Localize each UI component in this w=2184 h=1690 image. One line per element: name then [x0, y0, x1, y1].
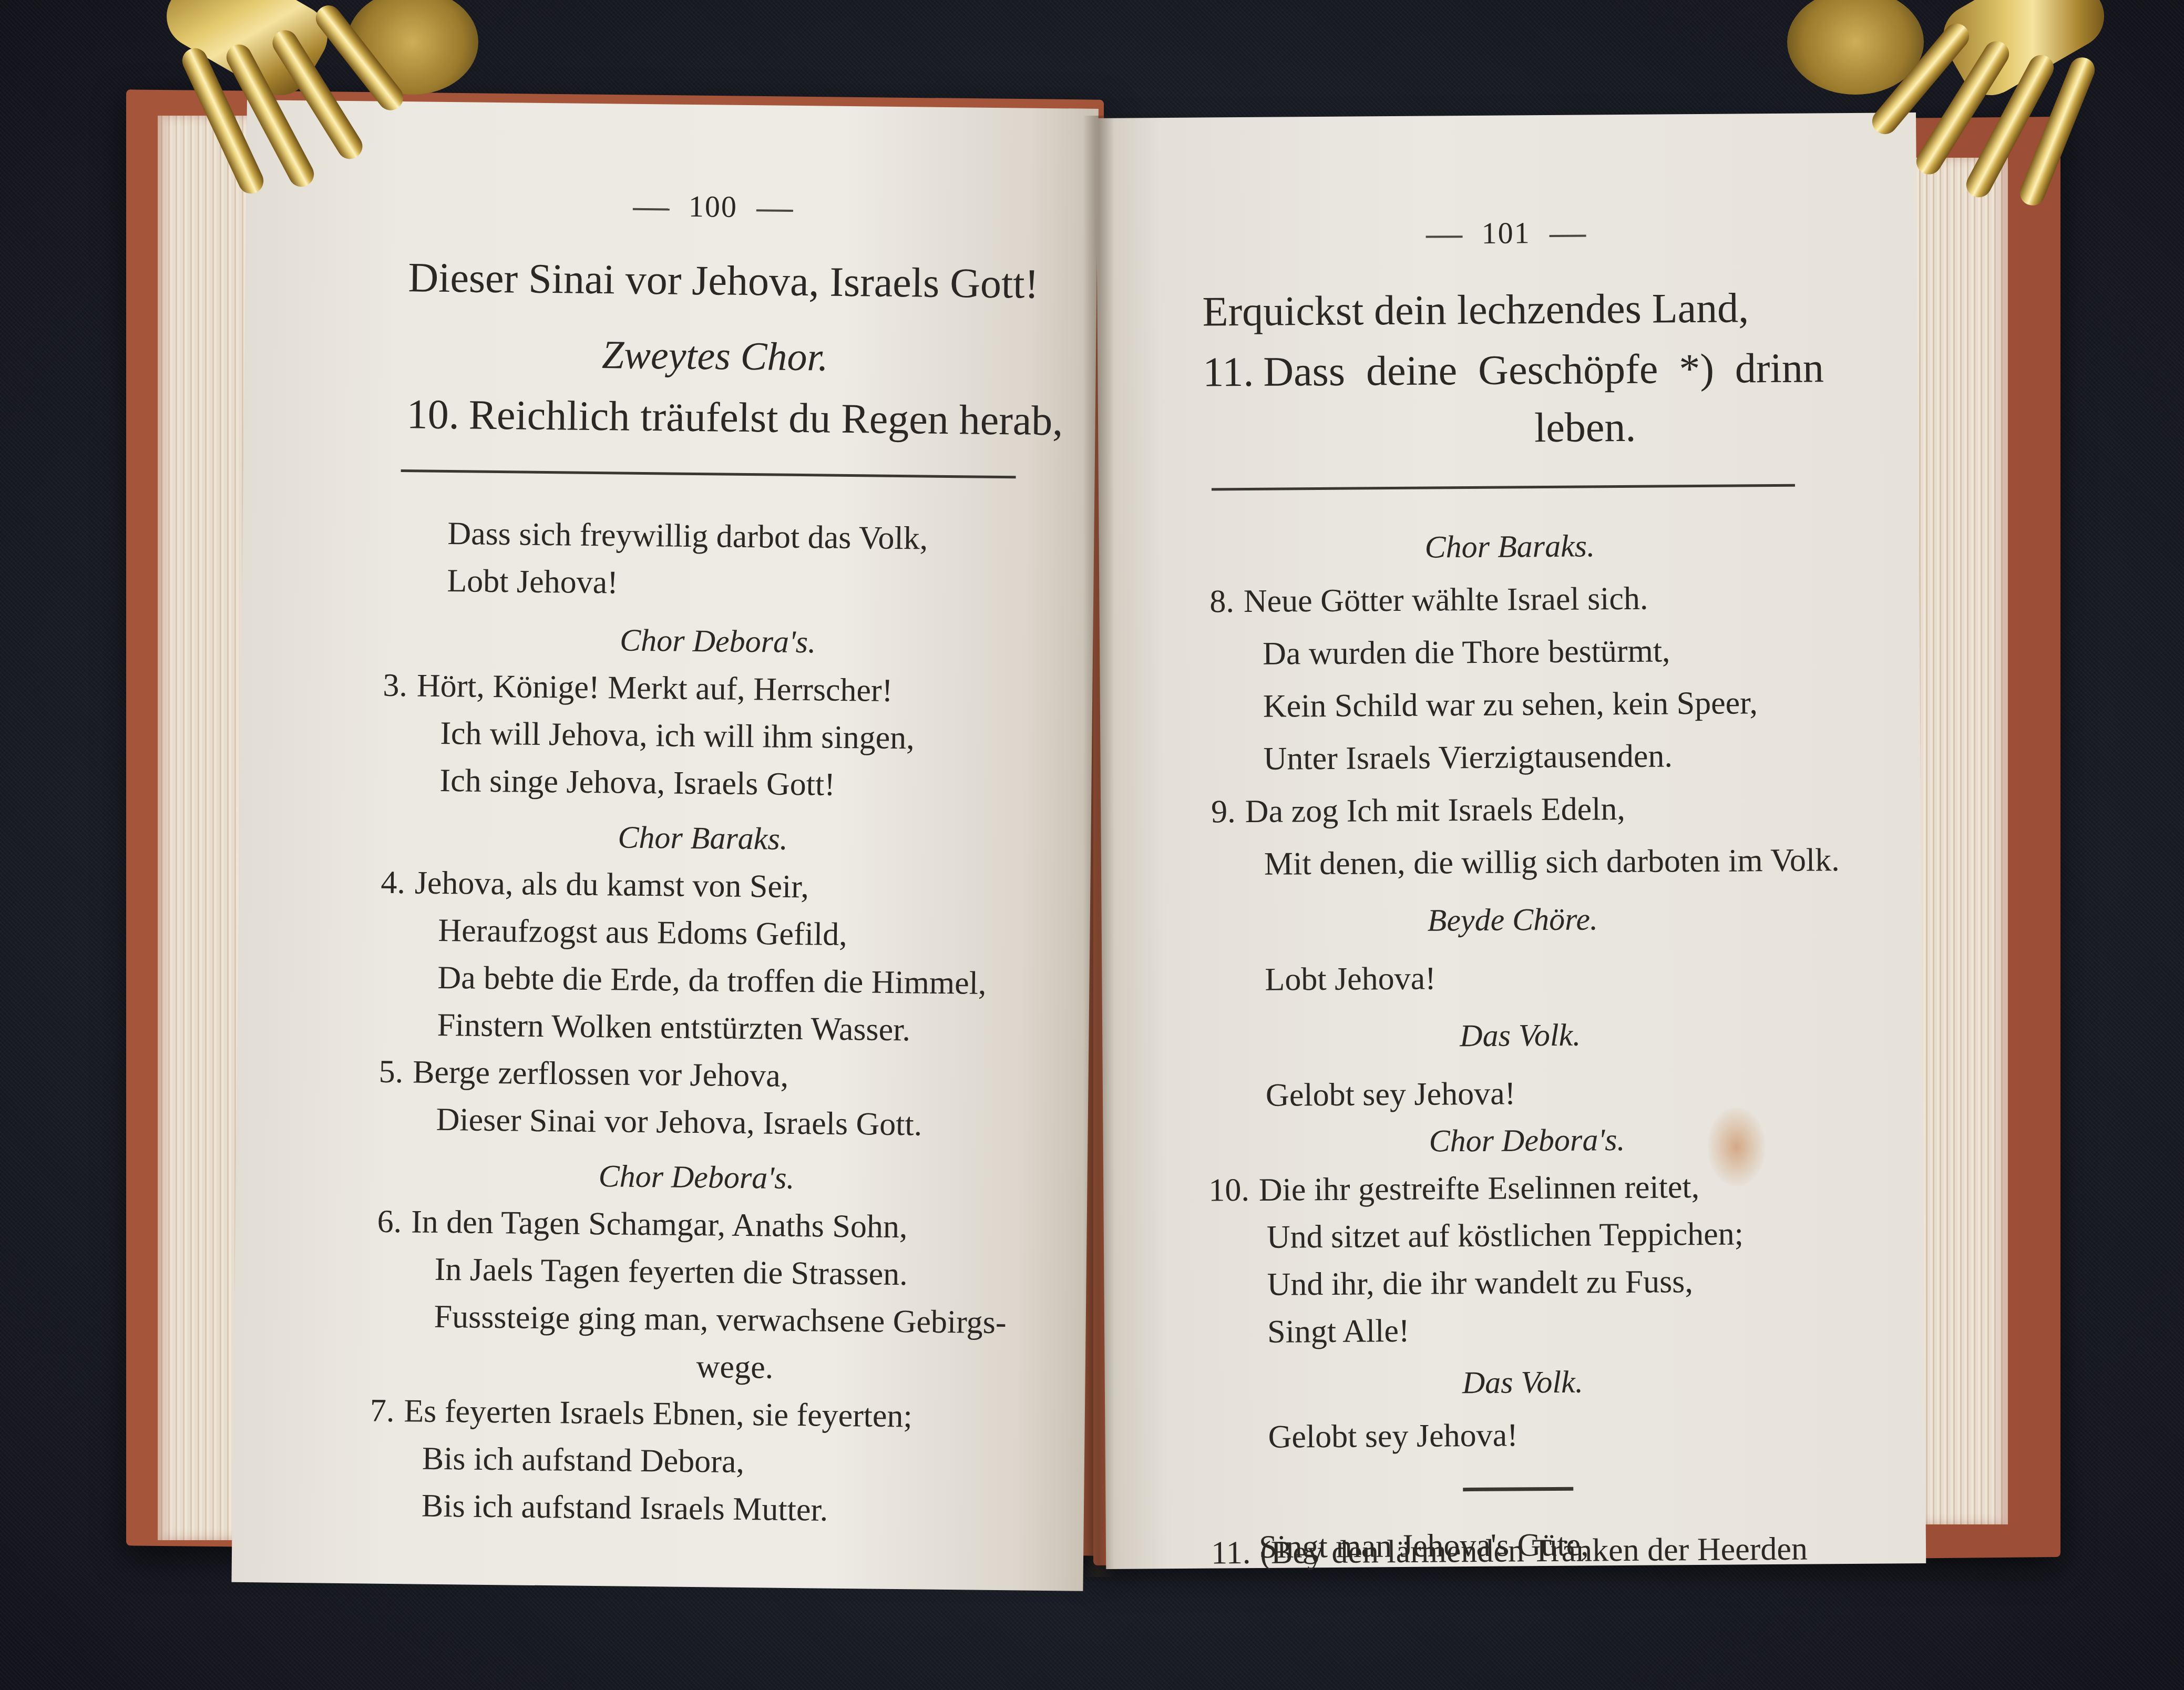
verse-text: Berge zerflossen vor Jehova, [413, 1054, 789, 1093]
brass-hand-clip-left-icon [147, 0, 515, 200]
verse-line: Bis ich aufstand Debora, [422, 1442, 745, 1478]
verse-line: In Jaels Tagen feyerten die Strassen. [434, 1253, 908, 1290]
section-rule [1212, 484, 1795, 491]
verse-line: Finstern Wolken entstürzten Wasser. [437, 1009, 910, 1046]
verse-number: 4. [381, 866, 405, 899]
folio-text: 101 [1481, 216, 1530, 250]
verse-line: 10.Reichlich träufelst du Regen herab, [406, 393, 1063, 442]
verse-number: 10. [1208, 1174, 1249, 1207]
verse-line: Kein Schild war zu sehen, kein Speer, [1263, 687, 1758, 723]
folio-text: 100 [689, 189, 738, 224]
verse-line: Singt man Jehova's Güte, [1259, 1529, 1589, 1563]
folio-dash [1426, 235, 1463, 238]
verse-line: Ich will Jehova, ich will ihm singen, [440, 717, 915, 754]
chorus-heading: Chor Debora's. [598, 1160, 794, 1194]
verse-line: 5.Berge zerflossen vor Jehova, [378, 1056, 788, 1092]
verse-line: Dieser Sinai vor Jehova, Israels Gott. [436, 1103, 922, 1141]
verse-line: Und ihr, die ihr wandelt zu Fuss, [1267, 1265, 1693, 1301]
verse-number: 9. [1211, 795, 1236, 828]
verse-line: Unter Israels Vierzigtausenden. [1263, 740, 1673, 775]
folio-dash [633, 208, 670, 210]
foxing-stain [1707, 1107, 1766, 1186]
verse-line: Lobt Jehova! [447, 565, 618, 599]
verse-line: wege. [696, 1350, 773, 1384]
verse-line: Mit denen, die willig sich darboten im V… [1264, 844, 1840, 880]
book-gutter [1083, 116, 1114, 1577]
verse-text: Hört, Könige! Merkt auf, Herrscher! [416, 668, 893, 708]
verse-number: 3. [383, 669, 407, 702]
verse-line: 10.Die ihr gestreifte Eselinnen reitet, [1208, 1171, 1699, 1207]
verse-line: Dass sich freywillig darbot das Volk, [447, 517, 928, 555]
chorus-heading: Beyde Chöre. [1427, 903, 1598, 936]
verse-line: Gelobt sey Jehova! [1268, 1419, 1518, 1453]
verse-text: Dass deine Geschöpfe *) drinn [1263, 345, 1824, 395]
verse-line: 7.Es feyerten Israels Ebnen, sie feyerte… [370, 1395, 913, 1433]
verse-line: 6.In den Tagen Schamgar, Anaths Sohn, [377, 1205, 907, 1244]
verse-line: Bis ich aufstand Israels Mutter. [422, 1490, 828, 1527]
chorus-heading: Das Volk. [1462, 1366, 1583, 1399]
chorus-heading: Chor Baraks. [618, 821, 788, 854]
verse-text: In den Tagen Schamgar, Anaths Sohn, [411, 1204, 908, 1245]
verse-line: Und sitzet auf köstlichen Teppichen; [1267, 1217, 1744, 1253]
verse-line: Da wurden die Thore bestürmt, [1263, 634, 1670, 670]
verse-line: Lobt Jehova! [1265, 962, 1436, 996]
verse-text: Da zog Ich mit Israels Edeln, [1245, 791, 1625, 829]
verse-line: Heraufzogst aus Edoms Gefild, [438, 914, 847, 951]
verse-number: 6. [377, 1205, 402, 1238]
verse-text: Die ihr gestreifte Eselinnen reitet, [1259, 1169, 1700, 1208]
verse-number: 5. [378, 1056, 403, 1088]
verse-line: leben. [1534, 406, 1636, 449]
verse-line: Da bebte die Erde, da troffen die Himmel… [437, 961, 986, 1000]
verse-line: Fusssteige ging man, verwachsene Gebirgs… [434, 1300, 1006, 1339]
folio-dash [1550, 234, 1586, 237]
section-rule [401, 469, 1016, 478]
left-page: 100 Dieser Sinai vor Jehova, Israels Got… [231, 100, 1098, 1591]
verse-number: 11. [1211, 1537, 1251, 1570]
chorus-heading: Chor Debora's. [620, 624, 816, 658]
verse-line: 3.Hört, Könige! Merkt auf, Herrscher! [383, 669, 893, 707]
verse-line: Dieser Sinai vor Jehova, Israels Gott! [408, 257, 1039, 305]
page-number: 101 [1407, 214, 1605, 251]
verse-text: Reichlich träufelst du Regen herab, [468, 392, 1063, 444]
verse-number: 8. [1209, 585, 1234, 618]
right-page: 101 Erquickst dein lechzendes Land, 11.D… [1096, 112, 1926, 1569]
chorus-heading: Chor Debora's. [1429, 1124, 1625, 1157]
brass-hand-clip-right-icon [1777, 0, 2145, 221]
verse-number: 7. [370, 1395, 395, 1427]
verse-line: Gelobt sey Jehova! [1266, 1077, 1516, 1111]
page-number: 100 [614, 188, 813, 225]
verse-text: Neue Götter wählte Israel sich. [1244, 581, 1648, 619]
verse-text: Jehova, als du kamst von Seir, [415, 865, 809, 905]
verse-line: Erquickst dein lechzendes Land, [1202, 287, 1749, 333]
verse-text: Es feyerten Israels Ebnen, sie feyerten; [404, 1393, 912, 1434]
chorus-heading: Das Volk. [1460, 1019, 1581, 1052]
folio-dash [756, 209, 793, 212]
chorus-heading: Chor Baraks. [1425, 530, 1595, 562]
verse-number: 11. [1203, 351, 1254, 394]
end-rule [1463, 1487, 1573, 1491]
verse-line: Singt Alle! [1267, 1315, 1410, 1348]
verse-number: 10. [406, 393, 459, 436]
verse-line: 9.Da zog Ich mit Israels Edeln, [1211, 793, 1625, 828]
verse-line: 4.Jehova, als du kamst von Seir, [381, 866, 809, 904]
chorus-heading: Zweytes Chor. [602, 335, 828, 377]
verse-line: 11.Dass deine Geschöpfe *) drinn [1203, 347, 1824, 393]
verse-line: Ich singe Jehova, Israels Gott! [439, 764, 835, 801]
verse-line: 8.Neue Götter wählte Israel sich. [1209, 582, 1648, 618]
